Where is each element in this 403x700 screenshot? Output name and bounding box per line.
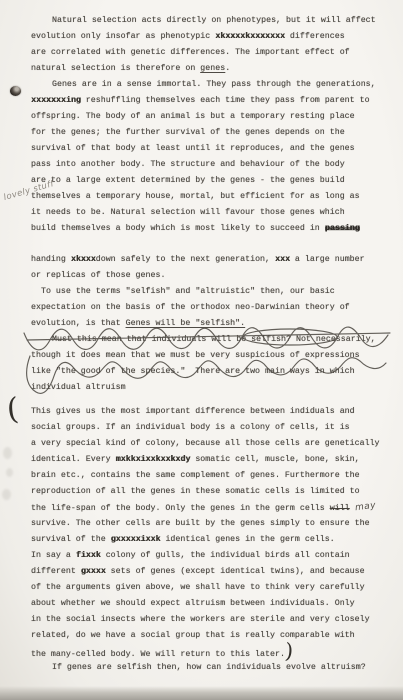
typed-line: Natural selection acts directly on pheno…: [31, 13, 403, 29]
typed-line: evolution, is that Genes will be "selfis…: [31, 316, 403, 332]
typed-over-deletion: gxxxx: [81, 567, 106, 576]
text-segment: or replicas of those genes.: [31, 271, 165, 280]
text-segment: a large number: [290, 255, 365, 264]
text-segment: .: [225, 64, 230, 73]
typed-line: it needs to be. Natural selection will f…: [31, 205, 403, 221]
text-segment: evolution only insofar as phenotypic: [31, 32, 215, 41]
typed-line: pass into another body. The structure an…: [31, 157, 403, 173]
text-segment: survival of the: [31, 535, 111, 544]
typed-line: a very special kind of colony, because a…: [31, 436, 403, 452]
text-segment: evolution, is that: [31, 319, 126, 328]
struck-word: will: [330, 504, 350, 513]
typed-line: are to a large extent determined by the …: [31, 173, 403, 189]
text-segment: Must this mean that individuals will be …: [52, 335, 376, 344]
typed-line: survive. The other cells are built by th…: [31, 516, 403, 532]
text-segment: survive. The other cells are built by th…: [31, 519, 370, 528]
typed-line: for the genes; the further survival of t…: [31, 125, 403, 141]
text-segment: like "the good of the species." There ar…: [31, 367, 355, 376]
typed-line: expectation on the basis of the orthodox…: [31, 300, 403, 316]
text-segment: natural selection is therefore on: [31, 64, 200, 73]
typed-line: survival of the gxxxxxixxk identical gen…: [31, 532, 403, 548]
underlined-phrase: genes: [200, 64, 225, 73]
typed-line: evolution only insofar as phenotypic xkx…: [31, 29, 403, 45]
typed-line: the life-span of the body. Only the gene…: [31, 500, 403, 516]
text-segment: To use the terms "selfish" and "altruist…: [41, 287, 335, 296]
text-segment: differences: [285, 32, 345, 41]
handwritten-close-paren: ): [285, 646, 294, 657]
text-segment: If genes are selfish then, how can indiv…: [52, 663, 366, 672]
typed-line: natural selection is therefore on genes.: [31, 61, 403, 77]
margin-smudge: [3, 447, 12, 459]
text-segment: social groups. If an individual body is …: [31, 423, 350, 432]
text-segment: about whether we should expect altruism …: [31, 599, 355, 608]
text-segment: are correlated with genetic differences.…: [31, 48, 350, 57]
typed-over-deletion: xkxxx: [71, 255, 96, 264]
typed-line: in the social insects where the workers …: [31, 612, 403, 628]
text-segment: Genes are in a sense immortal. They pass…: [52, 80, 376, 89]
text-segment: sets of genes (except identical twins), …: [106, 567, 365, 576]
text-segment: reshuffling themselves each time they pa…: [81, 96, 370, 105]
text-segment: are to a large extent determined by the …: [31, 176, 345, 185]
typed-over-deletion: xkxxxxkxxxxxxx: [215, 32, 285, 41]
typed-line: of the arguments given above, we shall h…: [31, 580, 403, 596]
typed-line: If genes are selfish then, how can indiv…: [31, 660, 403, 676]
text-segment: expectation on the basis of the orthodox…: [31, 303, 350, 312]
text-segment: of the arguments given above, we shall h…: [31, 583, 365, 592]
text-segment: different: [31, 567, 81, 576]
typed-line: related, do we have a social group that …: [31, 628, 403, 644]
text-segment: brain etc., contains the same complement…: [31, 471, 360, 480]
typed-line: social groups. If an individual body is …: [31, 420, 403, 436]
typed-line: like "the good of the species." There ar…: [31, 364, 403, 380]
text-segment: build themselves a body which is most li…: [31, 224, 325, 233]
typed-line: reproduction of all the genes in these s…: [31, 484, 403, 500]
typed-line: identical. Every mxkkxixxkxxkxdy somatic…: [31, 452, 403, 468]
typed-over-deletion: fixxk: [76, 551, 101, 560]
typed-over-deletion: xxxxxxxing: [31, 96, 81, 105]
text-segment: offspring. The body of an animal is but …: [31, 112, 355, 121]
text-segment: though it does mean that we must be very…: [31, 351, 360, 360]
typed-line: This gives us the most important differe…: [31, 404, 403, 420]
text-segment: reproduction of all the genes in these s…: [31, 487, 360, 496]
typed-line: or replicas of those genes.: [31, 268, 403, 284]
typed-line: xxxxxxxing reshuffling themselves each t…: [31, 93, 403, 109]
text-segment: related, do we have a social group that …: [31, 631, 355, 640]
text-segment: it needs to be. Natural selection will f…: [31, 208, 345, 217]
typed-line: To use the terms "selfish" and "altruist…: [31, 284, 403, 300]
typed-line: survival of that body at least until it …: [31, 141, 403, 157]
text-segment: identical genes in the germ cells.: [160, 535, 334, 544]
text-segment: down safely to the next generation,: [96, 255, 275, 264]
margin-smudge: [2, 489, 11, 500]
text-segment: In say a: [31, 551, 76, 560]
text-segment: themselves a temporary house, mortal, bu…: [31, 192, 360, 201]
text-segment: pass into another body. The structure an…: [31, 160, 345, 169]
typed-over-deletion: gxxxxxixxk: [111, 535, 161, 544]
typed-line: build themselves a body which is most li…: [31, 221, 403, 237]
typed-line: are correlated with genetic differences.…: [31, 45, 403, 61]
text-segment: identical. Every: [31, 455, 116, 464]
text-segment: a very special kind of colony, because a…: [31, 439, 380, 448]
typed-over-deletion: xxx: [275, 255, 290, 264]
typed-line: the many-celled body. We will return to …: [31, 644, 403, 660]
typed-line: offspring. The body of an animal is but …: [31, 109, 403, 125]
text-segment: Natural selection acts directly on pheno…: [52, 16, 376, 25]
underlined-phrase: Genes will be "selfish".: [126, 319, 246, 328]
text-segment: This gives us the most important differe…: [31, 407, 355, 416]
typed-line: individual altruism: [31, 380, 403, 396]
typed-line: handing xkxxxdown safely to the next gen…: [31, 252, 403, 268]
text-segment: the many-celled body. We will return to …: [31, 650, 285, 659]
scan-edge: [0, 686, 403, 700]
text-segment: individual altruism: [31, 383, 126, 392]
text-segment: in the social insects where the workers …: [31, 615, 370, 624]
typed-line: brain etc., contains the same complement…: [31, 468, 403, 484]
typed-line: Must this mean that individuals will be …: [31, 332, 403, 348]
typed-text-block: Natural selection acts directly on pheno…: [31, 13, 403, 676]
text-segment: handing: [31, 255, 71, 264]
typed-line: In say a fixxk colony of gulls, the indi…: [31, 548, 403, 564]
handwritten-open-paren: (: [6, 395, 20, 426]
ink-blot: [10, 86, 21, 96]
margin-smudge: [6, 468, 13, 477]
typed-line: different gxxxx sets of genes (except id…: [31, 564, 403, 580]
scanned-manuscript-page: lovely stuff Natural selection acts dire…: [0, 0, 403, 700]
text-segment: survival of that body at least until it …: [31, 144, 355, 153]
typed-line: Genes are in a sense immortal. They pass…: [31, 77, 403, 93]
typed-line: themselves a temporary house, mortal, bu…: [31, 189, 403, 205]
blacked-out-word: passing: [325, 224, 360, 233]
text-segment: colony of gulls, the individual birds al…: [101, 551, 350, 560]
text-segment: the life-span of the body. Only the gene…: [31, 504, 330, 513]
typed-line: about whether we should expect altruism …: [31, 596, 403, 612]
text-segment: for the genes; the further survival of t…: [31, 128, 345, 137]
typed-line: though it does mean that we must be very…: [31, 348, 403, 364]
typed-over-deletion: mxkkxixxkxxkxdy: [116, 455, 191, 464]
text-segment: somatic cell, muscle, bone, skin,: [190, 455, 359, 464]
handwritten-word: may: [354, 498, 377, 516]
